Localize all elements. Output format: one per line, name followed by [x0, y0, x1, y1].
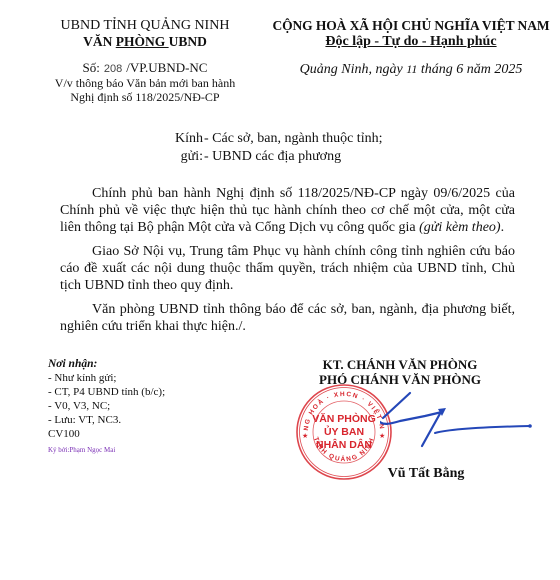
handwritten-signature-icon	[380, 388, 560, 458]
office-name: VĂN PHÒNG UBND	[40, 34, 250, 50]
document-body: Chính phủ ban hành Nghị định số 118/2025…	[60, 185, 515, 342]
distribution-item: CV100	[48, 427, 238, 441]
distribution-item: - V0, V3, NC;	[48, 399, 238, 413]
body-paragraph: Chính phủ ban hành Nghị định số 118/2025…	[60, 185, 515, 236]
body-paragraph: Văn phòng UBND tỉnh thông báo để các sở,…	[60, 301, 515, 335]
national-header-block: CỘNG HOÀ XÃ HỘI CHỦ NGHĨA VIỆT NAM Độc l…	[262, 18, 560, 50]
distribution-item: - Như kính gửi;	[48, 371, 238, 385]
recipient-item: - UBND các địa phương	[204, 148, 382, 166]
place-date: Quảng Ninh, ngày 11 tháng 6 năm 2025	[262, 60, 560, 79]
svg-text:NHÂN DÂN: NHÂN DÂN	[316, 438, 372, 451]
distribution-item: - CT, P4 UBND tỉnh (b/c);	[48, 385, 238, 399]
recipients-list: - Các sở, ban, ngành thuộc tỉnh; - UBND …	[204, 130, 382, 166]
svg-text:VĂN PHÒNG: VĂN PHÒNG	[312, 412, 376, 425]
svg-text:★: ★	[302, 432, 308, 440]
recipient-item: - Các sở, ban, ngành thuộc tỉnh;	[204, 130, 382, 148]
national-motto: Độc lập - Tự do - Hạnh phúc	[262, 34, 560, 50]
digital-signer-note: Ký bởi:Phạm Ngọc Mai	[48, 446, 115, 454]
nation-name: CỘNG HOÀ XÃ HỘI CHỦ NGHĨA VIỆT NAM	[262, 18, 560, 34]
body-paragraph: Giao Sở Nội vụ, Trung tâm Phục vụ hành c…	[60, 243, 515, 294]
document-subject: V/v thông báo Văn bản mới ban hành Nghị …	[40, 76, 250, 104]
distribution-item: - Lưu: VT, NC3.	[48, 413, 238, 427]
distribution-title: Nơi nhận:	[48, 357, 238, 371]
authority-name: UBND TỈNH QUẢNG NINH	[40, 18, 250, 34]
distribution-list: Nơi nhận: - Như kính gửi; - CT, P4 UBND …	[48, 357, 238, 441]
signature-title-2: PHÓ CHÁNH VĂN PHÒNG	[300, 372, 500, 387]
document-number: Số:208/VP.UBND-NC	[40, 60, 250, 77]
issuing-authority-block: UBND TỈNH QUẢNG NINH VĂN PHÒNG UBND	[40, 18, 250, 50]
signer-name: Vũ Tất Bằng	[356, 466, 496, 482]
signature-title-1: KT. CHÁNH VĂN PHÒNG	[300, 357, 500, 372]
signature-title-block: KT. CHÁNH VĂN PHÒNG PHÓ CHÁNH VĂN PHÒNG	[300, 357, 500, 387]
document-number-value: 208	[100, 63, 126, 75]
recipients-label: Kính gửi:	[150, 130, 203, 166]
svg-text:ỦY BAN: ỦY BAN	[324, 425, 364, 438]
